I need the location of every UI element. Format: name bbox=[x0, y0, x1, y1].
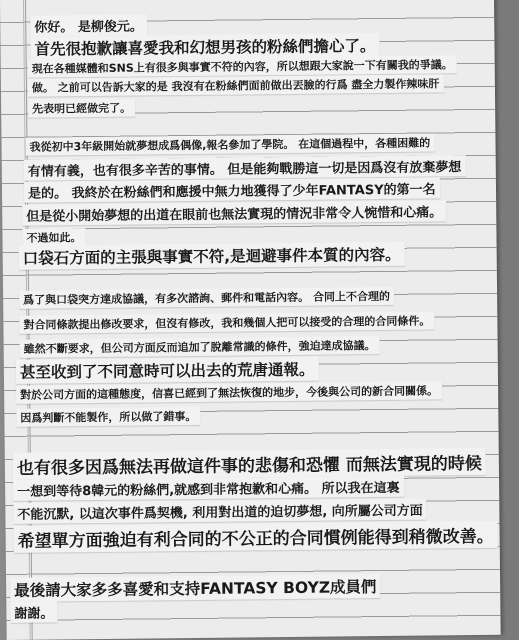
letter-line: 對於公司方面的這種態度，信喜已經到了無法恢復的地步，今後與公司的新合同關係。 bbox=[16, 381, 442, 403]
letter-line: 最後請大家多多喜愛和支持FANTASY BOYZ成員們 bbox=[10, 574, 381, 602]
letter-line: 口袋石方面的主張與事實不符,是迴避事件本質的內容。 bbox=[19, 242, 405, 270]
letter-line: 對合同條款提出修改要求，但沒有修改，我和幾個人把可以接受的合理的合同條件。 bbox=[19, 311, 434, 333]
letter-line: 因爲判斷不能製作，所以做了錯事。 bbox=[16, 407, 200, 427]
letter-line: 謝謝。 bbox=[10, 601, 57, 622]
letter-line: 不過如此。 bbox=[22, 228, 85, 247]
letter-line: 不能沉默, 以這次事件爲契機, 利用對出道的迫切夢想, 向所屬公司方面 bbox=[13, 499, 427, 524]
letter-line: 一想到等待8韓元的粉絲們,就感到非常抱歉和心痛。 所以我在這裏 bbox=[13, 476, 404, 501]
letter-line: 但是從小開始夢想的出道在眼前也無法實現的情況非常令人惋惜和心痛。 bbox=[22, 200, 446, 225]
letter-line: 做。 之前可以告訴大家的是 我沒有在粉絲們面前做出丟臉的行爲 盡全力製作辣味肝 bbox=[28, 74, 444, 96]
letter-line: 甚至收到了不同意時可以出去的荒唐通報。 bbox=[16, 357, 319, 384]
letter-line: 希望單方面強迫有利合同的不公正的合同慣例能得到稍微改善。 bbox=[14, 521, 498, 553]
letter-line: 我從初中3年級開始就夢想成爲偶像,報名參加了學院。 在這個過程中，各種困難的 bbox=[25, 133, 434, 155]
lined-paper: 你好。 是柳俊元。首先很抱歉讓喜愛我和幻想男孩的粉絲們擔心了。現在各種媒體和SN… bbox=[0, 0, 501, 640]
letter-line: 爲了與口袋突方達成協議，有多次諮詢、郵件和電話內容。 合同上不合理的 bbox=[19, 287, 394, 309]
letter-line: 你好。 是柳俊元。 bbox=[30, 14, 147, 36]
letter-line: 雖然不斷要求，但公司方面反而追加了脫離常識的條件，強迫達成協議。 bbox=[20, 336, 380, 358]
letter-line: 是的。 我終於在粉絲們和應援中無力地獲得了少年FANTASY的第一名 bbox=[24, 177, 440, 202]
letter-line: 先表明已經做完了。 bbox=[28, 99, 135, 118]
letter-line: 也有很多因爲無法再做這件事的悲傷和恐懼 而無法實現的時候 bbox=[13, 448, 486, 480]
